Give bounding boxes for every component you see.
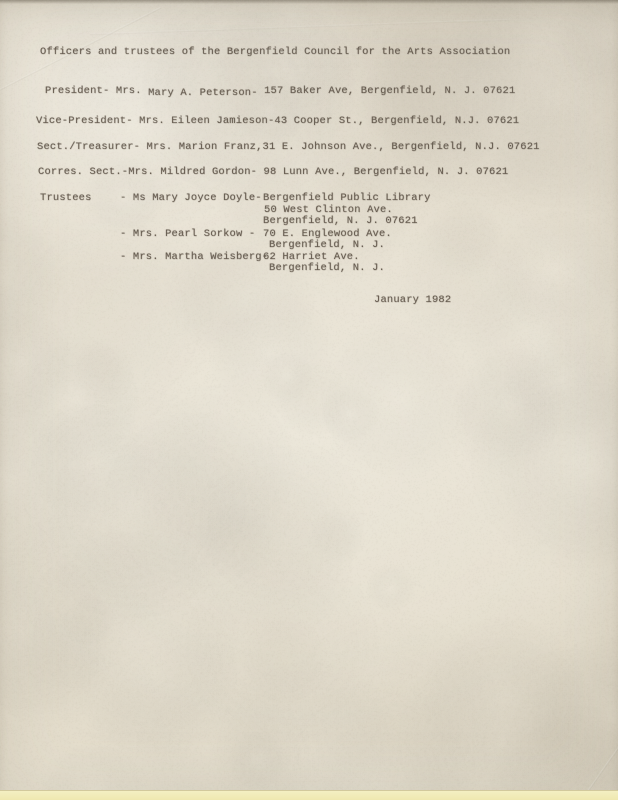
trustee-sorkow-address-line-2: Bergenfield, N. J. — [269, 239, 385, 251]
scan-top-edge-shadow — [0, 0, 618, 4]
date-line: January 1982 — [374, 294, 451, 306]
paper-crease-top-middle — [90, 19, 510, 36]
trustees-label: Trustees — [40, 192, 92, 204]
president-prefix: President- Mrs. — [45, 85, 148, 97]
trustee-doyle-address-line-1: Bergenfield Public Library — [263, 192, 431, 204]
officer-line-president: President- Mrs. Mary A. Peterson- 157 Ba… — [45, 85, 515, 97]
scanned-document-page: Officers and trustees of the Bergenfield… — [0, 0, 618, 800]
officer-line-secretary-treasurer: Sect./Treasurer- Mrs. Marion Franz,31 E.… — [37, 141, 540, 153]
trustee-doyle-address-line-3: Bergenfield, N. J. 07621 — [263, 215, 418, 227]
president-address: 157 Baker Ave, Bergenfield, N. J. 07621 — [258, 85, 516, 97]
president-name: Mary A. Peterson- — [148, 87, 258, 99]
trustee-name-sorkow: - Mrs. Pearl Sorkow - — [120, 228, 255, 240]
scan-bottom-strip — [0, 790, 618, 800]
document-title: Officers and trustees of the Bergenfield… — [40, 46, 510, 58]
trustee-name-doyle: - Ms Mary Joyce Doyle- — [120, 192, 262, 204]
officer-line-vice-president: Vice-President- Mrs. Eileen Jamieson-43 … — [36, 115, 519, 127]
trustee-weisberg-address-line-2: Bergenfield, N. J. — [269, 262, 385, 274]
officer-line-corresponding-secretary: Corres. Sect.-Mrs. Mildred Gordon- 98 Lu… — [38, 166, 508, 178]
trustee-name-weisberg: - Mrs. Martha Weisberg- — [120, 251, 268, 263]
